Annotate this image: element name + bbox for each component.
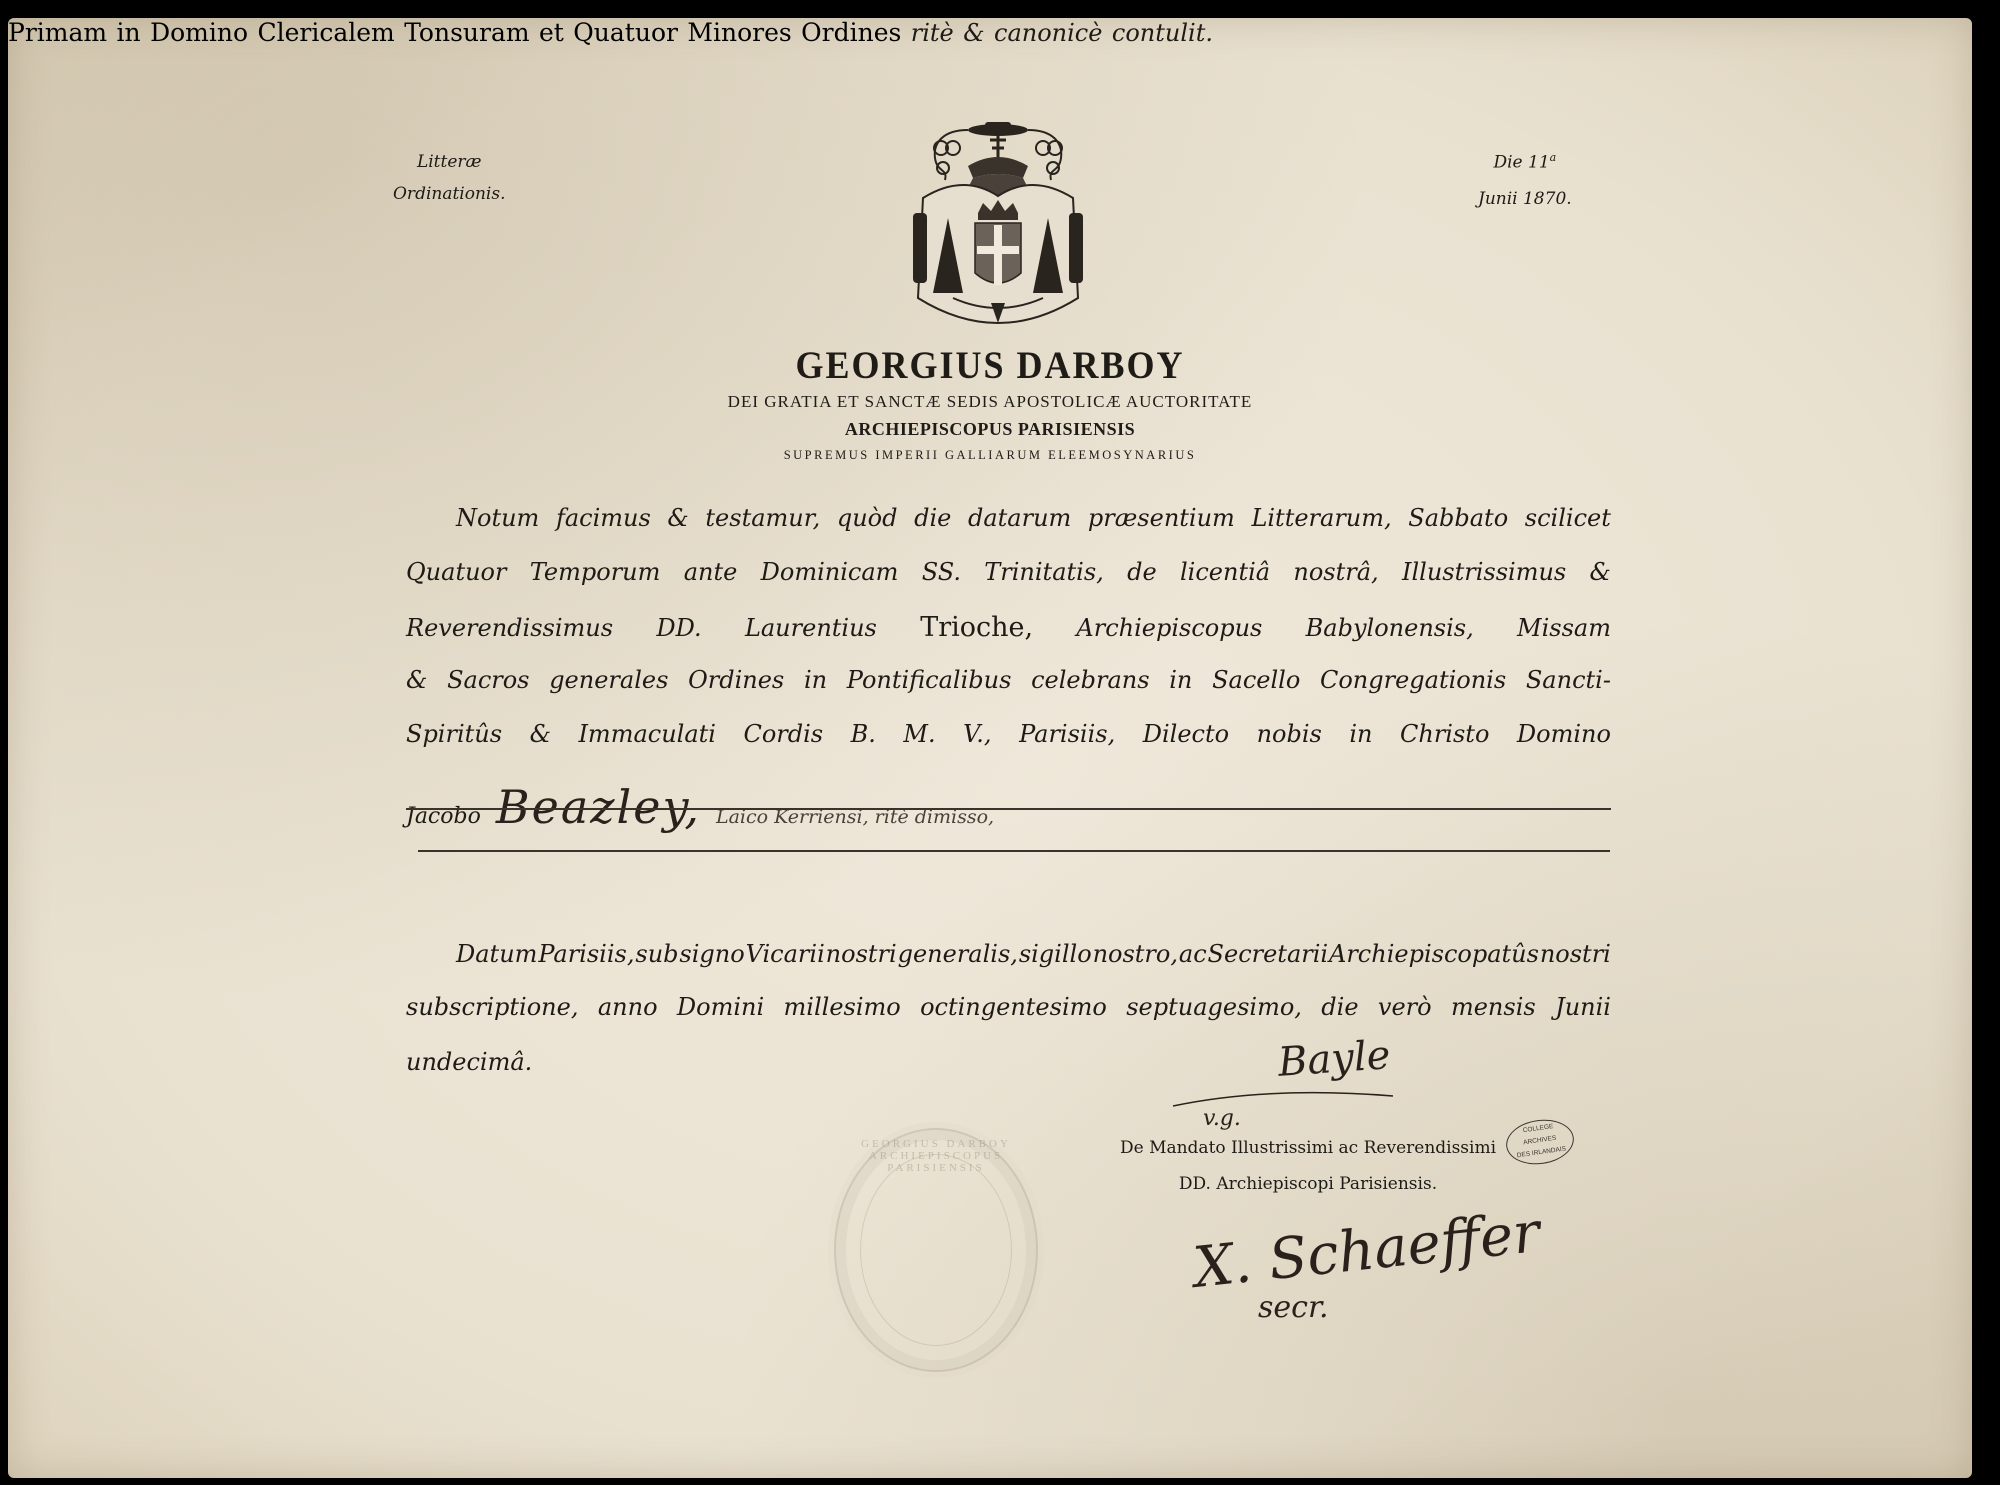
- word: die: [1321, 993, 1358, 1021]
- word: generalis,: [898, 940, 1018, 968]
- consecrator-first-name: Laurentius: [745, 614, 877, 642]
- word: signo: [679, 940, 744, 968]
- word: Pontificalibus: [847, 666, 1012, 694]
- word: Sancti-: [1526, 666, 1611, 694]
- word: nostri: [826, 940, 897, 968]
- word: mensis: [1451, 993, 1536, 1021]
- header-date: Die 11a Junii 1870.: [1478, 140, 1572, 217]
- seal-inner-ring: [860, 1154, 1012, 1346]
- word: datarum: [968, 504, 1071, 532]
- word: Babylonensis,: [1306, 614, 1474, 642]
- header-left-line2: Ordinationis.: [393, 178, 505, 210]
- word: ritè: [911, 19, 954, 47]
- word: Parisiis,: [538, 940, 634, 968]
- word: Junii: [1555, 993, 1611, 1021]
- fill-in-rule-2: [418, 850, 1610, 852]
- recipient-line: Jacobo Beazley, Laico Kerriensi, ritè di…: [406, 780, 1611, 834]
- word: quòd: [837, 504, 898, 532]
- word: in: [117, 18, 141, 47]
- header-left-line1: Litteræ: [393, 146, 505, 178]
- word: Sacello: [1212, 666, 1300, 694]
- word: Reverendissimus: [406, 614, 613, 642]
- word: millesimo: [784, 993, 901, 1021]
- body-line-2: Quatuor Temporum ante Dominicam SS. Trin…: [406, 558, 1611, 586]
- word: Archiepiscopatûs: [1329, 940, 1539, 968]
- mandate-text: De Mandato Illustrissimi ac Reverendissi…: [1118, 1130, 1498, 1202]
- vicar-title: v.g.: [1203, 1106, 1241, 1131]
- word: scilicet: [1525, 504, 1611, 532]
- header-date-day: Die 11a: [1478, 140, 1572, 181]
- word: SS.: [922, 558, 961, 586]
- word: Sacros: [447, 666, 529, 694]
- day-text: Die 11: [1493, 153, 1549, 173]
- word: Archiepiscopus: [1076, 614, 1262, 642]
- mandate-line1: De Mandato Illustrissimi ac Reverendissi…: [1118, 1130, 1498, 1166]
- fill-in-rule-1: [406, 808, 1611, 810]
- coat-of-arms-icon: [903, 118, 1093, 338]
- body-line-3: Reverendissimus DD. Laurentius Trioche, …: [406, 612, 1611, 643]
- word: Primam: [8, 18, 107, 47]
- word: Immaculati: [578, 720, 716, 748]
- secretary-title: secr.: [1258, 1290, 1329, 1325]
- datum-line-2: subscriptione, anno Domini millesimo oct…: [406, 993, 1611, 1021]
- word: Secretarii: [1208, 940, 1329, 968]
- word: anno: [598, 993, 658, 1021]
- word: generales: [549, 666, 668, 694]
- title-block: GEORGIUS DARBOY DEI GRATIA ET SANCTÆ SED…: [8, 340, 1972, 466]
- word: nostri: [1540, 940, 1611, 968]
- word: Ordines: [688, 666, 784, 694]
- archbishop-name: GEORGIUS DARBOY: [8, 338, 1972, 393]
- word: Spiritûs: [406, 720, 502, 748]
- seal-text: GEORGIUS DARBOY ARCHIEPISCOPUS PARISIENS…: [836, 1138, 1036, 1174]
- word: præsentium: [1088, 504, 1235, 532]
- word: licentiâ: [1180, 558, 1270, 586]
- word: &: [530, 720, 551, 748]
- word: Illustrissimus: [1402, 558, 1566, 586]
- header-left-label: Litteræ Ordinationis.: [393, 146, 505, 210]
- word: Parisiis,: [1019, 720, 1115, 748]
- word: celebrans: [1031, 666, 1149, 694]
- header-date-month-year: Junii 1870.: [1478, 181, 1572, 217]
- word: contulit.: [1112, 19, 1213, 47]
- title-archiepiscopus: ARCHIEPISCOPUS PARISIENSIS: [8, 414, 1972, 444]
- datum-final: undecimâ.: [406, 1048, 532, 1076]
- word: Tonsuram: [404, 18, 529, 47]
- word: subscriptione,: [406, 993, 578, 1021]
- word: sub: [635, 940, 678, 968]
- word: &: [667, 504, 688, 532]
- word: Temporum: [530, 558, 661, 586]
- word: in: [804, 666, 827, 694]
- embossed-seal-icon: GEORGIUS DARBOY ARCHIEPISCOPUS PARISIENS…: [834, 1128, 1038, 1372]
- word: de: [1127, 558, 1157, 586]
- day-sup: a: [1550, 151, 1557, 164]
- word: Clericalem: [257, 18, 394, 47]
- datum-line-1: Datum Parisiis, sub signo Vicarii nostri…: [456, 940, 1611, 968]
- mandate-line2: DD. Archiepiscopi Parisiensis.: [1118, 1166, 1498, 1202]
- word: ac: [1179, 940, 1207, 968]
- signature-vicar-general: Bayle: [1277, 1032, 1392, 1086]
- word: Dominicam: [761, 558, 899, 586]
- word: Missam: [1517, 614, 1611, 642]
- body-line-5: Spiritûs & Immaculati Cordis B. M. V., P…: [406, 720, 1611, 748]
- consecrator-surname: Trioche,: [920, 612, 1033, 643]
- body-line-4: & Sacros generales Ordines in Pontifical…: [406, 666, 1611, 694]
- word: Dilecto: [1143, 720, 1229, 748]
- word: Litterarum,: [1251, 504, 1391, 532]
- archive-stamp-icon: COLLEGE ARCHIVES DES IRLANDAIS: [1503, 1115, 1576, 1168]
- word: verò: [1378, 993, 1432, 1021]
- signature-secretary: X. Schaeffer: [1191, 1200, 1543, 1301]
- word: nostrâ,: [1293, 558, 1378, 586]
- word: testamur,: [705, 504, 820, 532]
- title-supremus: SUPREMUS IMPERII GALLIARUM ELEEMOSYNARIU…: [8, 444, 1972, 466]
- word: &: [1590, 558, 1611, 586]
- word: Congregationis: [1320, 666, 1506, 694]
- word: B.: [851, 720, 876, 748]
- word: Quatuor: [406, 558, 506, 586]
- word: &: [963, 19, 984, 47]
- word: DD.: [656, 614, 701, 642]
- word: Datum: [456, 940, 537, 968]
- word: Sabbato: [1408, 504, 1508, 532]
- title-line-dei-gratia: DEI GRATIA ET SANCTÆ SEDIS APOSTOLICÆ AU…: [8, 390, 1972, 414]
- word: septuagesimo,: [1126, 993, 1302, 1021]
- word: et: [539, 18, 564, 47]
- word: Cordis: [743, 720, 823, 748]
- word: in: [1349, 720, 1372, 748]
- word: M.: [903, 720, 935, 748]
- word: die: [914, 504, 951, 532]
- word: &: [406, 666, 427, 694]
- word: nobis: [1257, 720, 1322, 748]
- word: octingentesimo: [920, 993, 1107, 1021]
- word: in: [1169, 666, 1192, 694]
- word: Christo: [1400, 720, 1489, 748]
- word: Domino: [1517, 720, 1611, 748]
- word: V.,: [963, 720, 991, 748]
- body-line-1: Notum facimus & testamur, quòd die datar…: [456, 504, 1611, 532]
- word: Notum: [456, 504, 539, 532]
- word: facimus: [556, 504, 651, 532]
- recipient-name: Beazley,: [496, 780, 701, 834]
- document-paper: Litteræ Ordinationis. Die 11a Junii 1870…: [8, 18, 1972, 1478]
- word: Quatuor: [573, 18, 678, 47]
- word: nostro,: [1093, 940, 1178, 968]
- word: Ordines: [801, 18, 901, 47]
- word: sigillo: [1019, 940, 1092, 968]
- word: Domini: [677, 993, 764, 1021]
- word: canonicè: [994, 19, 1102, 47]
- word: Domino: [150, 18, 248, 47]
- word: ante: [684, 558, 738, 586]
- word: Vicarii: [746, 940, 825, 968]
- word: Minores: [687, 18, 791, 47]
- orders-conferred-line: Primam in Domino Clericalem Tonsuram et …: [8, 18, 1213, 47]
- word: Trinitatis,: [984, 558, 1104, 586]
